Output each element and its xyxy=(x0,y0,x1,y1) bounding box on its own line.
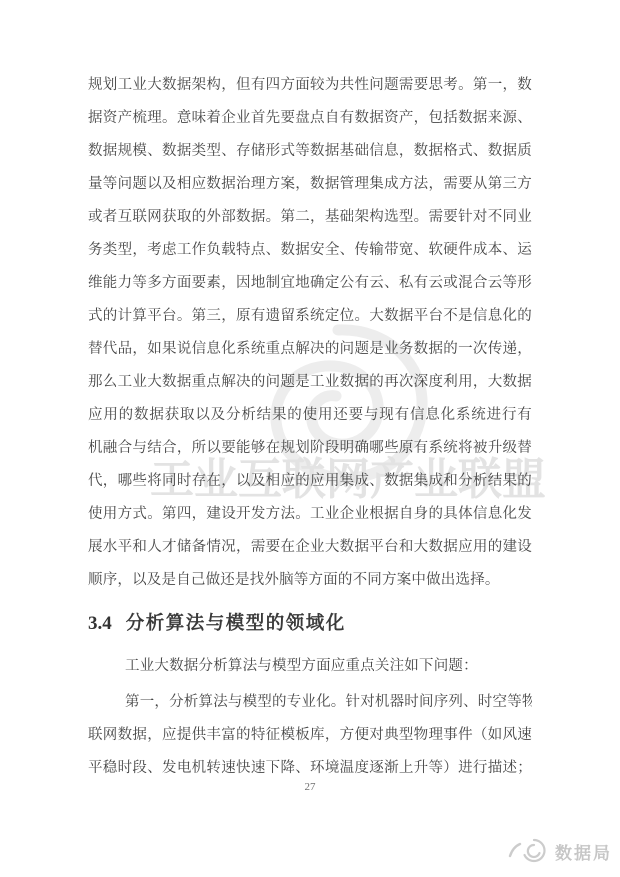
text-line: 替代品，如果说信息化系统重点解决的问题是业务数据的一次传递， xyxy=(88,333,532,366)
paragraph-first-point: 第一，分析算法与模型的专业化。针对机器时间序列、时空等物 联网数据，应提供丰富的… xyxy=(88,686,532,785)
text-line: 联网数据，应提供丰富的特征模板库，方便对典型物理事件（如风速 xyxy=(88,719,532,752)
text-line: 机融合与结合，所以要能够在规划阶段明确哪些原有系统将被升级替 xyxy=(88,432,532,465)
text-line: 代，哪些将同时存在，以及相应的应用集成、数据集成和分析结果的 xyxy=(88,465,532,498)
brand-label: 数据局 xyxy=(555,839,612,864)
text-line: 规划工业大数据架构，但有四方面较为共性问题需要思考。第一，数 xyxy=(88,69,532,102)
text-line: 维能力等多方面要素，因地制宜地确定公有云、私有云或混合云等形 xyxy=(88,267,532,300)
brand-swirl-icon xyxy=(508,837,548,865)
text-line: 或者互联网获取的外部数据。第二，基础架构选型。需要针对不同业 xyxy=(88,201,532,234)
text-line: 展水平和人才储备情况，需要在企业大数据平台和大数据应用的建设 xyxy=(88,531,532,564)
document-page: 工业互联网产业联盟 规划工业大数据架构，但有四方面较为共性问题需要思考。第一，数… xyxy=(0,0,620,877)
text-line: 应用的数据获取以及分析结果的使用还要与现有信息化系统进行有 xyxy=(88,399,532,432)
text-line: 第一，分析算法与模型的专业化。针对机器时间序列、时空等物 xyxy=(88,686,532,719)
text-line: 据资产梳理。意味着企业首先要盘点自有数据资产，包括数据来源、 xyxy=(88,102,532,135)
paragraph-planning-issues: 规划工业大数据架构，但有四方面较为共性问题需要思考。第一，数 据资产梳理。意味着… xyxy=(88,69,532,597)
text-line: 量等问题以及相应数据治理方案，数据管理集成方法，需要从第三方 xyxy=(88,168,532,201)
brand-mark: 数据局 xyxy=(508,836,612,866)
section-title: 分析算法与模型的领域化 xyxy=(126,612,346,633)
section-heading: 3.4分析算法与模型的领域化 xyxy=(88,606,548,639)
page-number: 27 xyxy=(0,781,620,793)
paragraph-lead-in: 工业大数据分析算法与模型方面应重点关注如下问题： xyxy=(88,650,532,683)
text-line: 那么工业大数据重点解决的问题是工业数据的再次深度利用，大数据 xyxy=(88,366,532,399)
text-line: 顺序，以及是自己做还是找外脑等方面的不同方案中做出选择。 xyxy=(88,564,532,597)
text-line: 式的计算平台。第三，原有遗留系统定位。大数据平台不是信息化的 xyxy=(88,300,532,333)
text-line: 务类型，考虑工作负载特点、数据安全、传输带宽、软硬件成本、运 xyxy=(88,234,532,267)
text-line: 使用方式。第四，建设开发方法。工业企业根据自身的具体信息化发 xyxy=(88,498,532,531)
text-line: 数据规模、数据类型、存储形式等数据基础信息，数据格式、数据质 xyxy=(88,135,532,168)
text-line: 工业大数据分析算法与模型方面应重点关注如下问题： xyxy=(88,650,532,683)
section-number: 3.4 xyxy=(88,613,112,634)
